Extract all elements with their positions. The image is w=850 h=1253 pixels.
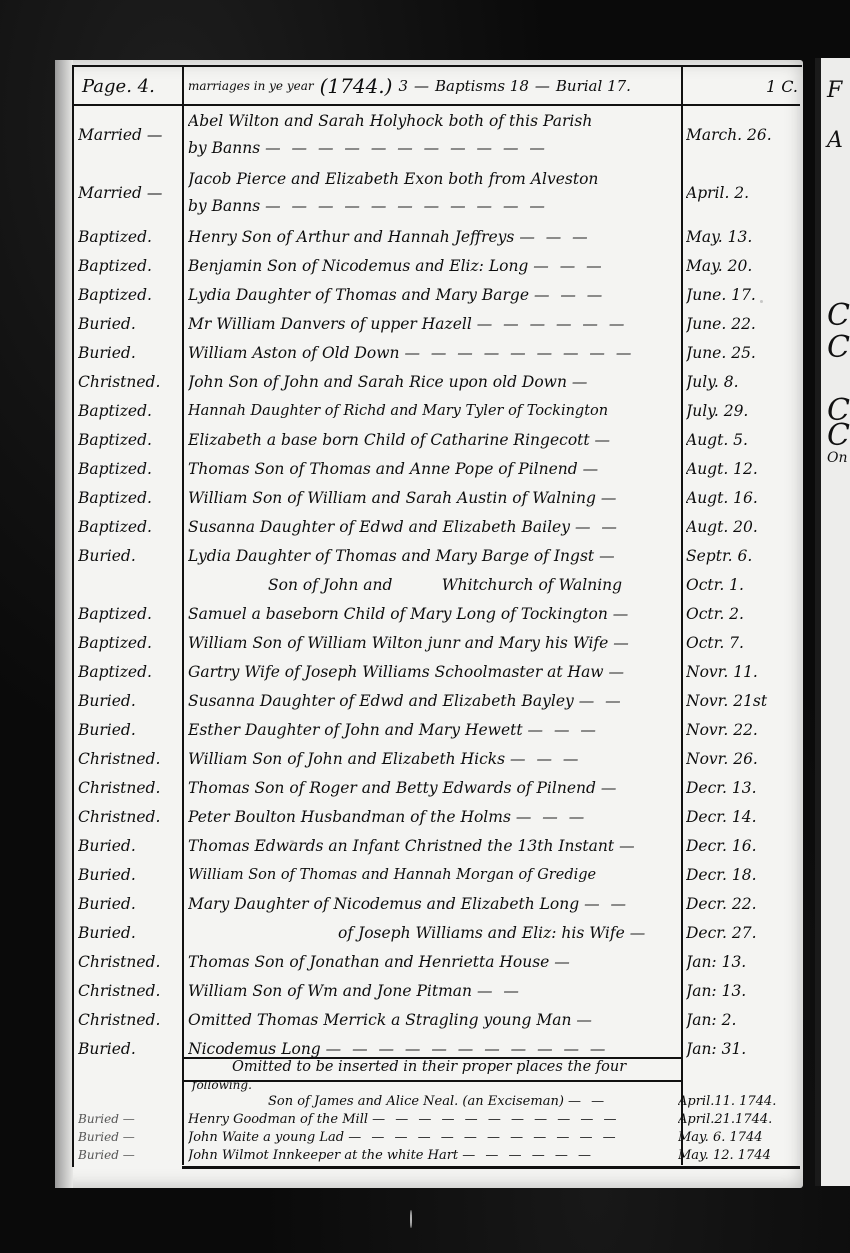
register-row: Christned.John Son of John and Sarah Ric… [72, 367, 800, 396]
register-row: Buried.Mr William Danvers of upper Hazel… [72, 309, 800, 338]
entry-text: Susanna Daughter of Edwd and Elizabeth B… [188, 686, 676, 715]
entry-text: Thomas Son of Thomas and Anne Pope of Pi… [188, 454, 676, 483]
entry-type: Married — [78, 164, 182, 222]
omitted-row: Son of James and Alice Neal. (an Excisem… [72, 1092, 800, 1110]
register-entries: Married — Abel Wilton and Sarah Holyhock… [72, 106, 800, 1063]
entry-text: Samuel a baseborn Child of Mary Long of … [188, 599, 676, 628]
entry-text: Lydia Daughter of Thomas and Mary Barge … [188, 280, 676, 309]
entry-type: Married — [78, 106, 182, 164]
entry-date: Decr. 14. [686, 802, 796, 831]
entry-date: Octr. 7. [686, 628, 796, 657]
entry-type: Buried. [78, 831, 182, 860]
entry-text: Susanna Daughter of Edwd and Elizabeth B… [188, 512, 676, 541]
register-row: Christned.Peter Boulton Husbandman of th… [72, 802, 800, 831]
register-row: Baptized.William Son of William and Sara… [72, 483, 800, 512]
entry-text: William Son of Wm and Jone Pitman — — [188, 976, 676, 1005]
entry-type: Buried. [78, 1034, 182, 1063]
entry-date: Septr. 6. [686, 541, 796, 570]
register-row: Christned.Thomas Son of Jonathan and Hen… [72, 947, 800, 976]
scan-speck [290, 840, 294, 843]
entry-text: Lydia Daughter of Thomas and Mary Barge … [188, 541, 676, 570]
entry-text: Abel Wilton and Sarah Holyhock both of t… [188, 106, 676, 164]
entry-type [78, 1092, 182, 1110]
entry-date: May. 6. 1744 [678, 1128, 788, 1146]
entry-type: Baptized. [78, 251, 182, 280]
entry-date: Decr. 13. [686, 773, 796, 802]
entry-date: March. 26. [686, 106, 796, 164]
entry-text: John Waite a young Lad — — — — — — — — —… [188, 1128, 676, 1146]
entry-text: Jacob Pierce and Elizabeth Exon both fro… [188, 164, 676, 222]
entry-type: Buried — [78, 1128, 182, 1146]
year-summary: marriages in ye year (1744.) 3 — Baptism… [188, 68, 678, 104]
entry-text: Thomas Son of Roger and Betty Edwards of… [188, 773, 676, 802]
entry-type: Buried. [78, 715, 182, 744]
entry-text: Mary Daughter of Nicodemus and Elizabeth… [188, 889, 676, 918]
adjacent-fragment: F [827, 78, 842, 103]
register-row: Christned.Thomas Son of Roger and Betty … [72, 773, 800, 802]
entry-date: Novr. 11. [686, 657, 796, 686]
entry-type: Baptized. [78, 628, 182, 657]
register-row: Buried.Thomas Edwards an Infant Christne… [72, 831, 800, 860]
entry-date: July. 8. [686, 367, 796, 396]
register-row: Christned.Omitted Thomas Merrick a Strag… [72, 1005, 800, 1034]
entry-text: Henry Goodman of the Mill — — — — — — — … [188, 1110, 676, 1128]
entry-text: Thomas Edwards an Infant Christned the 1… [188, 831, 676, 860]
entry-text: Son of John and Whitchurch of Walning [188, 570, 756, 599]
register-row: Baptized.Samuel a baseborn Child of Mary… [72, 599, 800, 628]
register-row: Baptized.William Son of William Wilton j… [72, 628, 800, 657]
register-row: Buried.Esther Daughter of John and Mary … [72, 715, 800, 744]
entry-date: May. 13. [686, 222, 796, 251]
entry-type: Baptized. [78, 657, 182, 686]
entry-date: April.21.1744. [678, 1110, 788, 1128]
register-row: Married — Abel Wilton and Sarah Holyhock… [72, 106, 800, 164]
entry-date: Novr. 21st [686, 686, 796, 715]
entry-text: Peter Boulton Husbandman of the Holms — … [188, 802, 676, 831]
register-row: Buried.Lydia Daughter of Thomas and Mary… [72, 541, 800, 570]
entry-type: Baptized. [78, 512, 182, 541]
omitted-row: Buried —John Waite a young Lad — — — — —… [72, 1128, 800, 1146]
entry-date: Novr. 22. [686, 715, 796, 744]
year-label: (1744.) [320, 74, 393, 98]
entry-date: Augt. 16. [686, 483, 796, 512]
entry-date: June. 25. [686, 338, 796, 367]
register-row: Baptized.Hannah Daughter of Richd and Ma… [72, 396, 800, 425]
register-row: Baptized.Gartry Wife of Joseph Williams … [72, 657, 800, 686]
register-row: Baptized.Lydia Daughter of Thomas and Ma… [72, 280, 800, 309]
entry-type: Baptized. [78, 396, 182, 425]
adjacent-fragment: C [827, 330, 850, 365]
entry-type: Buried. [78, 860, 182, 889]
entry-type: Buried. [78, 309, 182, 338]
adjacent-fragment: A [827, 128, 843, 153]
entry-text: Gartry Wife of Joseph Williams Schoolmas… [188, 657, 676, 686]
omitted-entries: Son of James and Alice Neal. (an Excisem… [72, 1092, 800, 1164]
register-row: Christned.William Son of Wm and Jone Pit… [72, 976, 800, 1005]
entry-type: Buried. [78, 541, 182, 570]
entry-type: Baptized. [78, 222, 182, 251]
entry-text: William Aston of Old Down — — — — — — — … [188, 338, 676, 367]
entry-type: Christned. [78, 802, 182, 831]
register-row: Buried.William Aston of Old Down — — — —… [72, 338, 800, 367]
entry-text: Benjamin Son of Nicodemus and Eliz: Long… [188, 251, 676, 280]
register-row: Christned.William Son of John and Elizab… [72, 744, 800, 773]
adjacent-fragment: On [827, 450, 848, 466]
entry-type: Buried. [78, 918, 182, 947]
entry-date: April.11. 1744. [678, 1092, 788, 1110]
entry-type: Buried. [78, 686, 182, 715]
entry-date: Novr. 26. [686, 744, 796, 773]
entry-date: Decr. 22. [686, 889, 796, 918]
entry-date: May. 20. [686, 251, 796, 280]
entry-date: Augt. 12. [686, 454, 796, 483]
entry-date: Jan: 31. [686, 1034, 796, 1063]
entry-date: Octr. 1. [686, 570, 796, 599]
entry-type: Buried. [78, 338, 182, 367]
adjacent-page-fragment: F A C C C C On [815, 58, 850, 1186]
entry-text: John Wilmot Innkeeper at the white Hart … [188, 1146, 676, 1164]
entry-type: Christned. [78, 1005, 182, 1034]
entry-text: John Son of John and Sarah Rice upon old… [188, 367, 676, 396]
entry-date: July. 29. [686, 396, 796, 425]
register-row: Baptized.Henry Son of Arthur and Hannah … [72, 222, 800, 251]
adjacent-fragment: C [827, 418, 850, 453]
baptisms-count: Baptisms 18 [435, 77, 529, 95]
register-row: Buried.Mary Daughter of Nicodemus and El… [72, 889, 800, 918]
register-row: Baptized.Elizabeth a base born Child of … [72, 425, 800, 454]
entry-date: Jan: 13. [686, 976, 796, 1005]
entry-date: June. 22. [686, 309, 796, 338]
omitted-note: Omitted to be inserted in their proper p… [192, 1058, 672, 1096]
entry-date: May. 12. 1744 [678, 1146, 788, 1164]
entry-date: Jan: 13. [686, 947, 796, 976]
entry-text: William Son of John and Elizabeth Hicks … [188, 744, 676, 773]
entry-text: Son of James and Alice Neal. (an Excisem… [188, 1092, 756, 1110]
entry-date: Decr. 27. [686, 918, 796, 947]
entry-text: Thomas Son of Jonathan and Henrietta Hou… [188, 947, 676, 976]
entry-text: Mr William Danvers of upper Hazell — — —… [188, 309, 676, 338]
register-row: Married — Jacob Pierce and Elizabeth Exo… [72, 164, 800, 222]
bottom-rule [182, 1166, 800, 1169]
marriages-count: 3 [398, 77, 408, 95]
register-row: Baptized.Susanna Daughter of Edwd and El… [72, 512, 800, 541]
entry-date: Augt. 5. [686, 425, 796, 454]
page-number: Page. 4. [82, 68, 180, 104]
scan-mark [410, 1210, 412, 1228]
entry-type [78, 570, 182, 599]
register-row: Buried.of Joseph Williams and Eliz: his … [72, 918, 800, 947]
entry-text: Hannah Daughter of Richd and Mary Tyler … [188, 396, 676, 425]
register-row: Son of John and Whitchurch of WalningOct… [72, 570, 800, 599]
entry-date: Jan: 2. [686, 1005, 796, 1034]
entry-type: Buried — [78, 1146, 182, 1164]
entry-type: Buried. [78, 889, 182, 918]
page-edge-shadow [55, 60, 73, 1188]
folio-mark: 1 C. [690, 68, 808, 104]
omitted-row: Buried —John Wilmot Innkeeper at the whi… [72, 1146, 800, 1164]
entry-type: Baptized. [78, 599, 182, 628]
entry-text: Omitted Thomas Merrick a Stragling young… [188, 1005, 676, 1034]
entry-text: William Son of William Wilton junr and M… [188, 628, 676, 657]
entry-text: William Son of Thomas and Hannah Morgan … [188, 860, 676, 889]
entry-text: Elizabeth a base born Child of Catharine… [188, 425, 676, 454]
entry-text: William Son of William and Sarah Austin … [188, 483, 676, 512]
entry-date: Decr. 16. [686, 831, 796, 860]
entry-type: Baptized. [78, 425, 182, 454]
register-row: Baptized.Thomas Son of Thomas and Anne P… [72, 454, 800, 483]
entry-date: Augt. 20. [686, 512, 796, 541]
entry-date: June. 17. [686, 280, 796, 309]
register-row: Buried.William Son of Thomas and Hannah … [72, 860, 800, 889]
register-row: Buried.Susanna Daughter of Edwd and Eliz… [72, 686, 800, 715]
register-row: Baptized.Benjamin Son of Nicodemus and E… [72, 251, 800, 280]
entry-type: Christned. [78, 367, 182, 396]
entry-date: April. 2. [686, 164, 796, 222]
entry-type: Christned. [78, 976, 182, 1005]
entry-type: Baptized. [78, 483, 182, 512]
entry-date: Decr. 18. [686, 860, 796, 889]
entry-type: Baptized. [78, 280, 182, 309]
entry-text: Henry Son of Arthur and Hannah Jeffreys … [188, 222, 676, 251]
burials-count: Burial 17. [556, 77, 631, 95]
omitted-row: Buried —Henry Goodman of the Mill — — — … [72, 1110, 800, 1128]
entry-text: Esther Daughter of John and Mary Hewett … [188, 715, 676, 744]
summary-prefix: marriages in ye year [188, 79, 314, 93]
omitted-note-line1: Omitted to be inserted in their proper p… [192, 1058, 672, 1076]
entry-type: Christned. [78, 744, 182, 773]
entry-type: Baptized. [78, 454, 182, 483]
scan-speck [760, 300, 763, 303]
adjacent-fragment: C [827, 298, 850, 333]
entry-type: Christned. [78, 947, 182, 976]
entry-type: Buried — [78, 1110, 182, 1128]
entry-date: Octr. 2. [686, 599, 796, 628]
entry-type: Christned. [78, 773, 182, 802]
